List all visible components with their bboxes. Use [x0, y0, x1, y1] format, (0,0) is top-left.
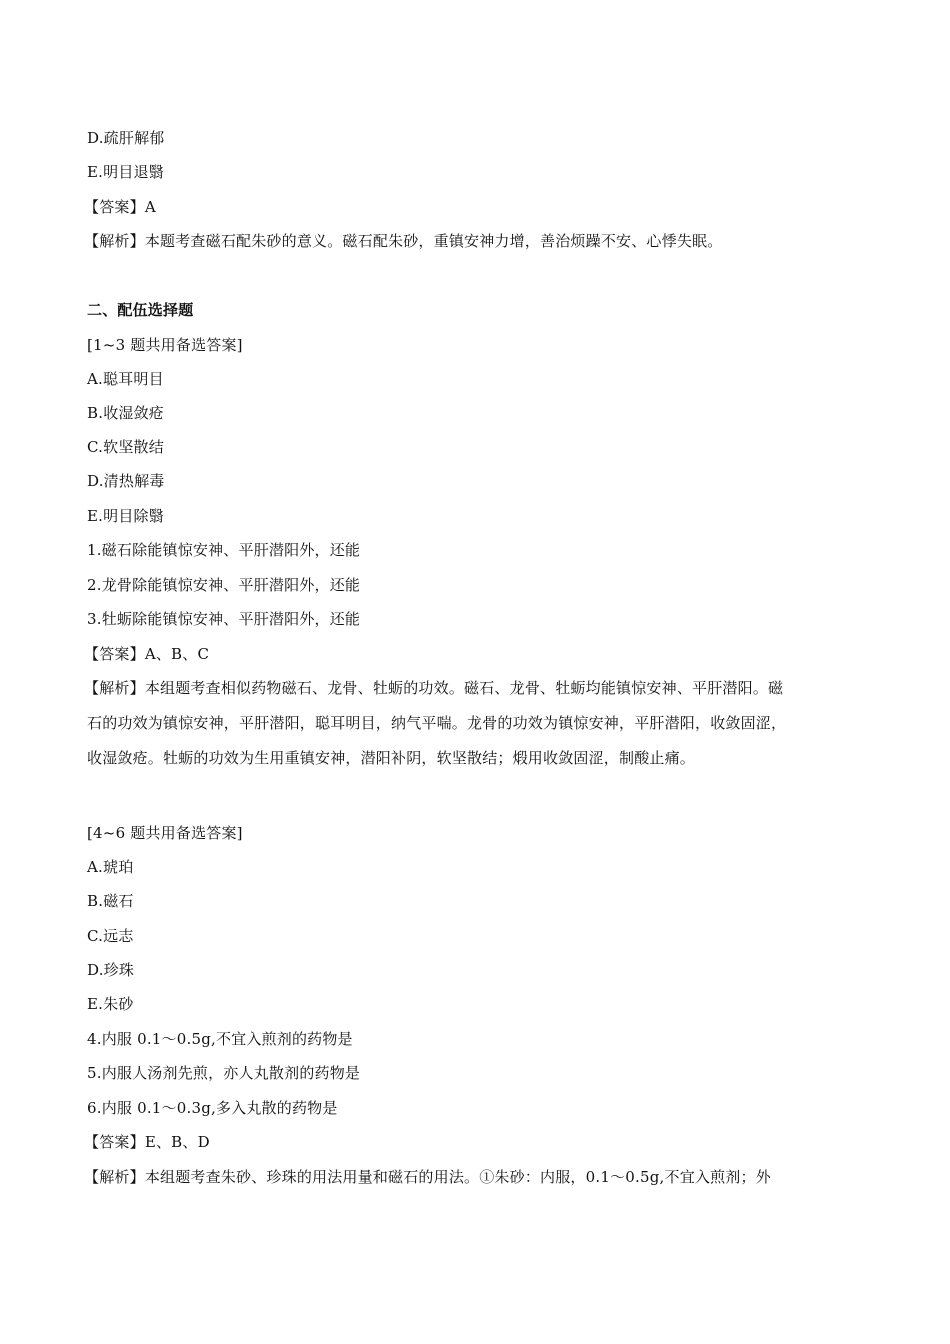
option-text: 聪耳明目	[103, 370, 164, 388]
option-e: E.朱砂	[87, 994, 134, 1014]
question-6: 6.内服 0.1～0.3g,多入丸散的药物是	[87, 1098, 338, 1118]
option-c: C.软坚散结	[87, 437, 164, 457]
option-b: B.磁石	[87, 891, 134, 911]
answer-line: 【答案】A、B、C	[84, 644, 209, 664]
answer-tag: 【答案】	[84, 645, 145, 663]
option-label: B.	[87, 404, 103, 422]
option-label: C.	[87, 927, 103, 945]
analysis-tag: 【解析】	[84, 679, 145, 697]
option-text: 明目退翳	[103, 163, 164, 181]
question-4: 4.内服 0.1～0.5g,不宜入煎剂的药物是	[87, 1029, 353, 1049]
question-1: 1.磁石除能镇惊安神、平肝潜阳外，还能	[87, 540, 360, 560]
analysis-text: 本组题考查朱砂、珍珠的用法用量和磁石的用法。①朱砂：内服，0.1～0.5g,不宜…	[145, 1168, 771, 1186]
analysis-line-3: 收湿敛疮。牡蛎的功效为生用重镇安神，潜阳补阴，软坚散结；煅用收敛固涩，制酸止痛。	[87, 748, 695, 768]
option-c: C.远志	[87, 926, 134, 946]
analysis-text: 本题考查磁石配朱砂的意义。磁石配朱砂，重镇安神力增，善治烦躁不安、心悸失眠。	[145, 232, 723, 250]
answer-line: 【答案】E、B、D	[84, 1132, 210, 1152]
analysis-tag: 【解析】	[84, 232, 145, 250]
option-e: E.明目退翳	[87, 162, 164, 182]
analysis-line-1: 【解析】本组题考查朱砂、珍珠的用法用量和磁石的用法。①朱砂：内服，0.1～0.5…	[84, 1167, 771, 1187]
group-header: [1~3 题共用备选答案]	[87, 335, 243, 355]
option-d: D.珍珠	[87, 960, 134, 980]
answer-tag: 【答案】	[84, 1133, 145, 1151]
option-label: E.	[87, 995, 103, 1013]
option-a: A.琥珀	[87, 857, 133, 877]
answer-value: A、B、C	[145, 645, 209, 663]
option-label: E.	[87, 163, 103, 181]
question-2: 2.龙骨除能镇惊安神、平肝潜阳外，还能	[87, 575, 360, 595]
option-e: E.明目除翳	[87, 506, 164, 526]
analysis-line-1: 【解析】本组题考查相似药物磁石、龙骨、牡蛎的功效。磁石、龙骨、牡蛎均能镇惊安神、…	[84, 678, 783, 698]
option-label: E.	[87, 507, 103, 525]
option-text: 珍珠	[104, 961, 134, 979]
option-text: 朱砂	[103, 995, 133, 1013]
option-text: 清热解毒	[104, 472, 165, 490]
analysis-text: 本组题考查相似药物磁石、龙骨、牡蛎的功效。磁石、龙骨、牡蛎均能镇惊安神、平肝潜阳…	[145, 679, 783, 697]
section-heading: 二、配伍选择题	[87, 300, 193, 320]
option-text: 收湿敛疮	[103, 404, 164, 422]
option-text: 软坚散结	[103, 438, 164, 456]
option-text: 明目除翳	[103, 507, 164, 525]
option-text: 远志	[103, 927, 133, 945]
answer-line: 【答案】A	[84, 197, 156, 217]
analysis-line: 【解析】本题考查磁石配朱砂的意义。磁石配朱砂，重镇安神力增，善治烦躁不安、心悸失…	[84, 231, 722, 251]
answer-value: A	[145, 198, 156, 216]
question-3: 3.牡蛎除能镇惊安神、平肝潜阳外，还能	[87, 609, 360, 629]
option-label: D.	[87, 129, 104, 147]
question-5: 5.内服人汤剂先煎，亦人丸散剂的药物是	[87, 1063, 360, 1083]
option-label: B.	[87, 892, 103, 910]
answer-tag: 【答案】	[84, 198, 145, 216]
option-label: A.	[87, 858, 103, 876]
option-d: D.清热解毒	[87, 471, 164, 491]
option-label: A.	[87, 370, 103, 388]
option-label: D.	[87, 961, 104, 979]
option-a: A.聪耳明目	[87, 369, 164, 389]
group-header: [4~6 题共用备选答案]	[87, 823, 243, 843]
option-label: C.	[87, 438, 103, 456]
option-label: D.	[87, 472, 104, 490]
option-b: B.收湿敛疮	[87, 403, 164, 423]
analysis-tag: 【解析】	[84, 1168, 145, 1186]
option-d: D.疏肝解郁	[87, 128, 164, 148]
option-text: 琥珀	[103, 858, 133, 876]
option-text: 疏肝解郁	[104, 129, 165, 147]
option-text: 磁石	[103, 892, 133, 910]
answer-value: E、B、D	[145, 1133, 210, 1151]
analysis-line-2: 石的功效为镇惊安神，平肝潜阳，聪耳明目，纳气平喘。龙骨的功效为镇惊安神，平肝潜阳…	[87, 713, 786, 733]
